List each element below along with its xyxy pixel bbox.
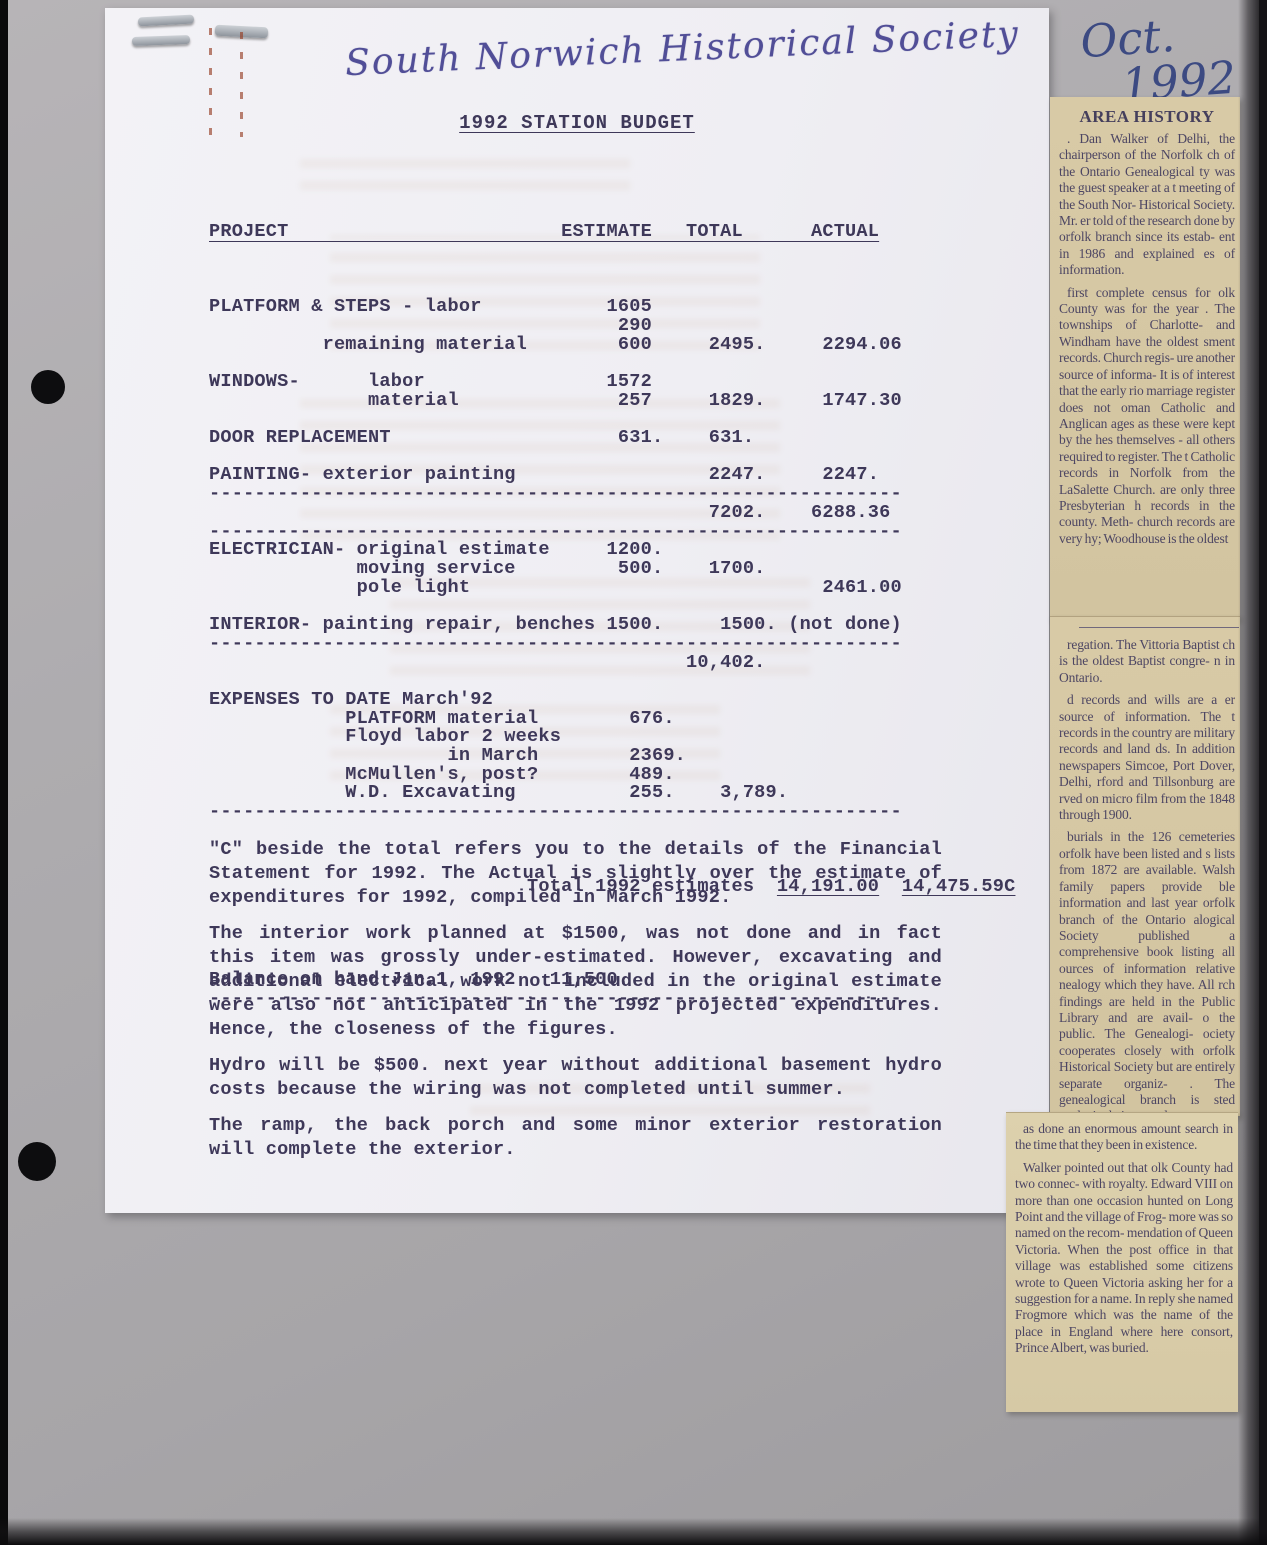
handwritten-society-name: South Norwich Historical Society (344, 17, 945, 84)
clipping-paragraph: burials in the 126 cemeteries orfolk hav… (1059, 829, 1235, 1116)
budget-line: 290 (209, 317, 1015, 336)
budget-line: DOOR REPLACEMENT 631. 631. (209, 429, 1015, 448)
clipping-paragraph: first complete census for olk County was… (1059, 285, 1235, 548)
note-paragraph: The interior work planned at $1500, was … (209, 922, 942, 1042)
budget-line: INTERIOR- painting repair, benches 1500.… (209, 616, 1015, 635)
budget-line: pole light 2461.00 (209, 579, 1015, 598)
budget-line: ----------------------------------------… (209, 635, 1015, 654)
page-bottom-edge-shadow (0, 1518, 1267, 1545)
staple (138, 15, 194, 27)
clipping-column-3: as done an enormous amount search in the… (1015, 1121, 1233, 1357)
budget-line: 10,402. (209, 654, 1015, 673)
section-divider (1079, 627, 1239, 628)
note-paragraph: The ramp, the back porch and some minor … (209, 1114, 942, 1162)
clipping-paragraph: regation. The Vittoria Baptist ch is the… (1059, 637, 1235, 686)
bleedthrough-smudge (300, 150, 630, 190)
budget-line: ----------------------------------------… (209, 803, 1015, 822)
budget-line: remaining material 600 2495. 2294.06 (209, 336, 1015, 355)
document-title-row: 1992 STATION BUDGET (105, 112, 1049, 134)
typed-budget-sheet: South Norwich Historical Society 1992 ST… (105, 8, 1049, 1213)
page-title: 1992 STATION BUDGET (459, 112, 695, 134)
page-right-edge-shadow (1238, 0, 1267, 1545)
clipping-headline: AREA HISTORY (1059, 107, 1235, 127)
staple (132, 35, 190, 46)
newspaper-clipping-piece-2: regation. The Vittoria Baptist ch is the… (1050, 616, 1240, 1116)
clipping-paragraph: d records and wills are a er source of i… (1059, 692, 1235, 823)
budget-column-headers: PROJECT ESTIMATE TOTAL ACTUAL (209, 223, 1015, 242)
budget-notes: "C" beside the total refers you to the d… (209, 838, 942, 1174)
hole-punch-top (31, 370, 65, 404)
clipping-paragraph: as done an enormous amount search in the… (1015, 1121, 1233, 1154)
note-paragraph: Hydro will be $500. next year without ad… (209, 1054, 942, 1102)
hole-punch-bottom (18, 1142, 56, 1181)
budget-line: moving service 500. 1700. (209, 560, 1015, 579)
newspaper-clipping-piece-1: AREA HISTORY . Dan Walker of Delhi, the … (1050, 97, 1240, 619)
budget-line: material 257 1829. 1747.30 (209, 392, 1015, 411)
clipping-paragraph: Walker pointed out that olk County had t… (1015, 1160, 1233, 1357)
newspaper-clipping-piece-3: as done an enormous amount search in the… (1006, 1112, 1238, 1412)
handwritten-date-annotation: Oct. 1992 (1079, 9, 1238, 111)
clipping-column-1: . Dan Walker of Delhi, the chairperson o… (1059, 131, 1235, 547)
clipping-paragraph: . Dan Walker of Delhi, the chairperson o… (1059, 131, 1235, 279)
budget-line: EXPENSES TO DATE March'92 (209, 691, 1015, 710)
budget-line: in March 2369. (209, 747, 1015, 766)
budget-line: WINDOWS- labor 1572 (209, 373, 1015, 392)
budget-line: 7202. 6288.36 (209, 504, 1015, 523)
scanned-scrapbook-page: Oct. 1992 South Norwich Historical Socie… (0, 0, 1267, 1545)
budget-lines: PLATFORM & STEPS - labor 1605 290 remain… (209, 280, 1015, 822)
clipping-column-2: regation. The Vittoria Baptist ch is the… (1059, 637, 1235, 1116)
note-paragraph: "C" beside the total refers you to the d… (209, 838, 942, 910)
